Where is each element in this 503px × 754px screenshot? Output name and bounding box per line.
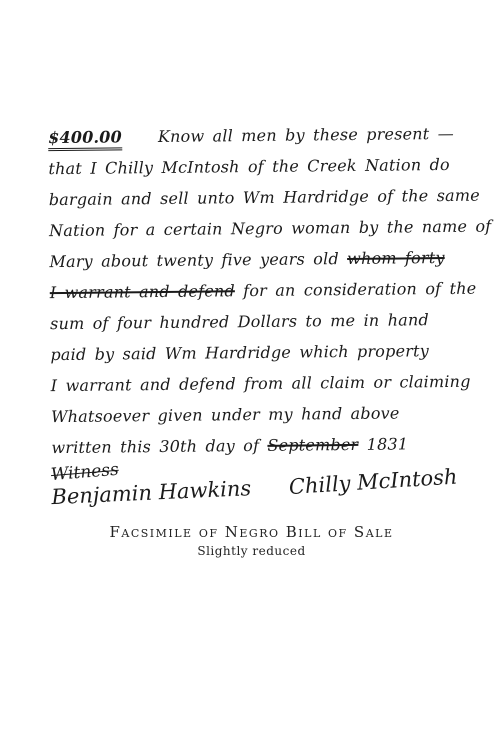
manuscript: $400.00Know all men by these present —th… [48, 118, 464, 509]
struck-text: whom forty [347, 248, 445, 268]
scanned-page: $400.00Know all men by these present —th… [0, 0, 503, 754]
manuscript-lines: $400.00Know all men by these present —th… [48, 118, 464, 463]
signature-area: Witness Benjamin Hawkins Chilly McIntosh [52, 461, 464, 509]
manuscript-line: $400.00Know all men by these present — [48, 118, 460, 153]
manuscript-line: sum of four hundred Dollars to me in han… [50, 304, 462, 339]
struck-text: September [267, 435, 358, 455]
manuscript-text: Mary about twenty five years old [49, 249, 347, 271]
manuscript-text: bargain and sell unto Wm Hardridge of th… [49, 186, 480, 210]
manuscript-text: Nation for a certain Negro woman by the … [49, 217, 491, 241]
manuscript-text: for an consideration of the [235, 279, 477, 301]
caption: Facsimile of Negro Bill of Sale Slightly… [0, 523, 503, 558]
manuscript-line: that I Chilly McIntosh of the Creek Nati… [48, 149, 460, 184]
manuscript-text: sum of four hundred Dollars to me in han… [50, 310, 429, 333]
manuscript-text: 1831 [358, 434, 408, 454]
caption-title: Facsimile of Negro Bill of Sale [0, 523, 503, 541]
manuscript-line: I warrant and defend for an consideratio… [50, 273, 462, 308]
manuscript-line: Mary about twenty five years old whom fo… [49, 242, 461, 277]
manuscript-text: I warrant and defend from all claim or c… [51, 372, 471, 395]
manuscript-line: paid by said Wm Hardridge which property [50, 335, 462, 370]
manuscript-line: I warrant and defend from all claim or c… [51, 366, 463, 401]
signature-chilly-mcintosh: Chilly McIntosh [288, 465, 458, 500]
manuscript-text: Know all men by these present — [158, 124, 454, 146]
manuscript-line: bargain and sell unto Wm Hardridge of th… [49, 180, 461, 215]
caption-subtitle: Slightly reduced [0, 544, 503, 558]
witness-block: Witness Benjamin Hawkins [52, 463, 252, 509]
manuscript-text: Whatsoever given under my hand above [51, 404, 400, 427]
manuscript-text: that I Chilly McIntosh of the Creek Nati… [48, 155, 450, 178]
amount-text: $400.00 [48, 127, 122, 151]
manuscript-text: paid by said Wm Hardridge which property [50, 341, 429, 364]
manuscript-line: Nation for a certain Negro woman by the … [49, 211, 461, 246]
struck-text: I warrant and defend [50, 281, 235, 302]
manuscript-line: written this 30th day of September 1831 [51, 428, 463, 463]
manuscript-line: Whatsoever given under my hand above [51, 397, 463, 432]
